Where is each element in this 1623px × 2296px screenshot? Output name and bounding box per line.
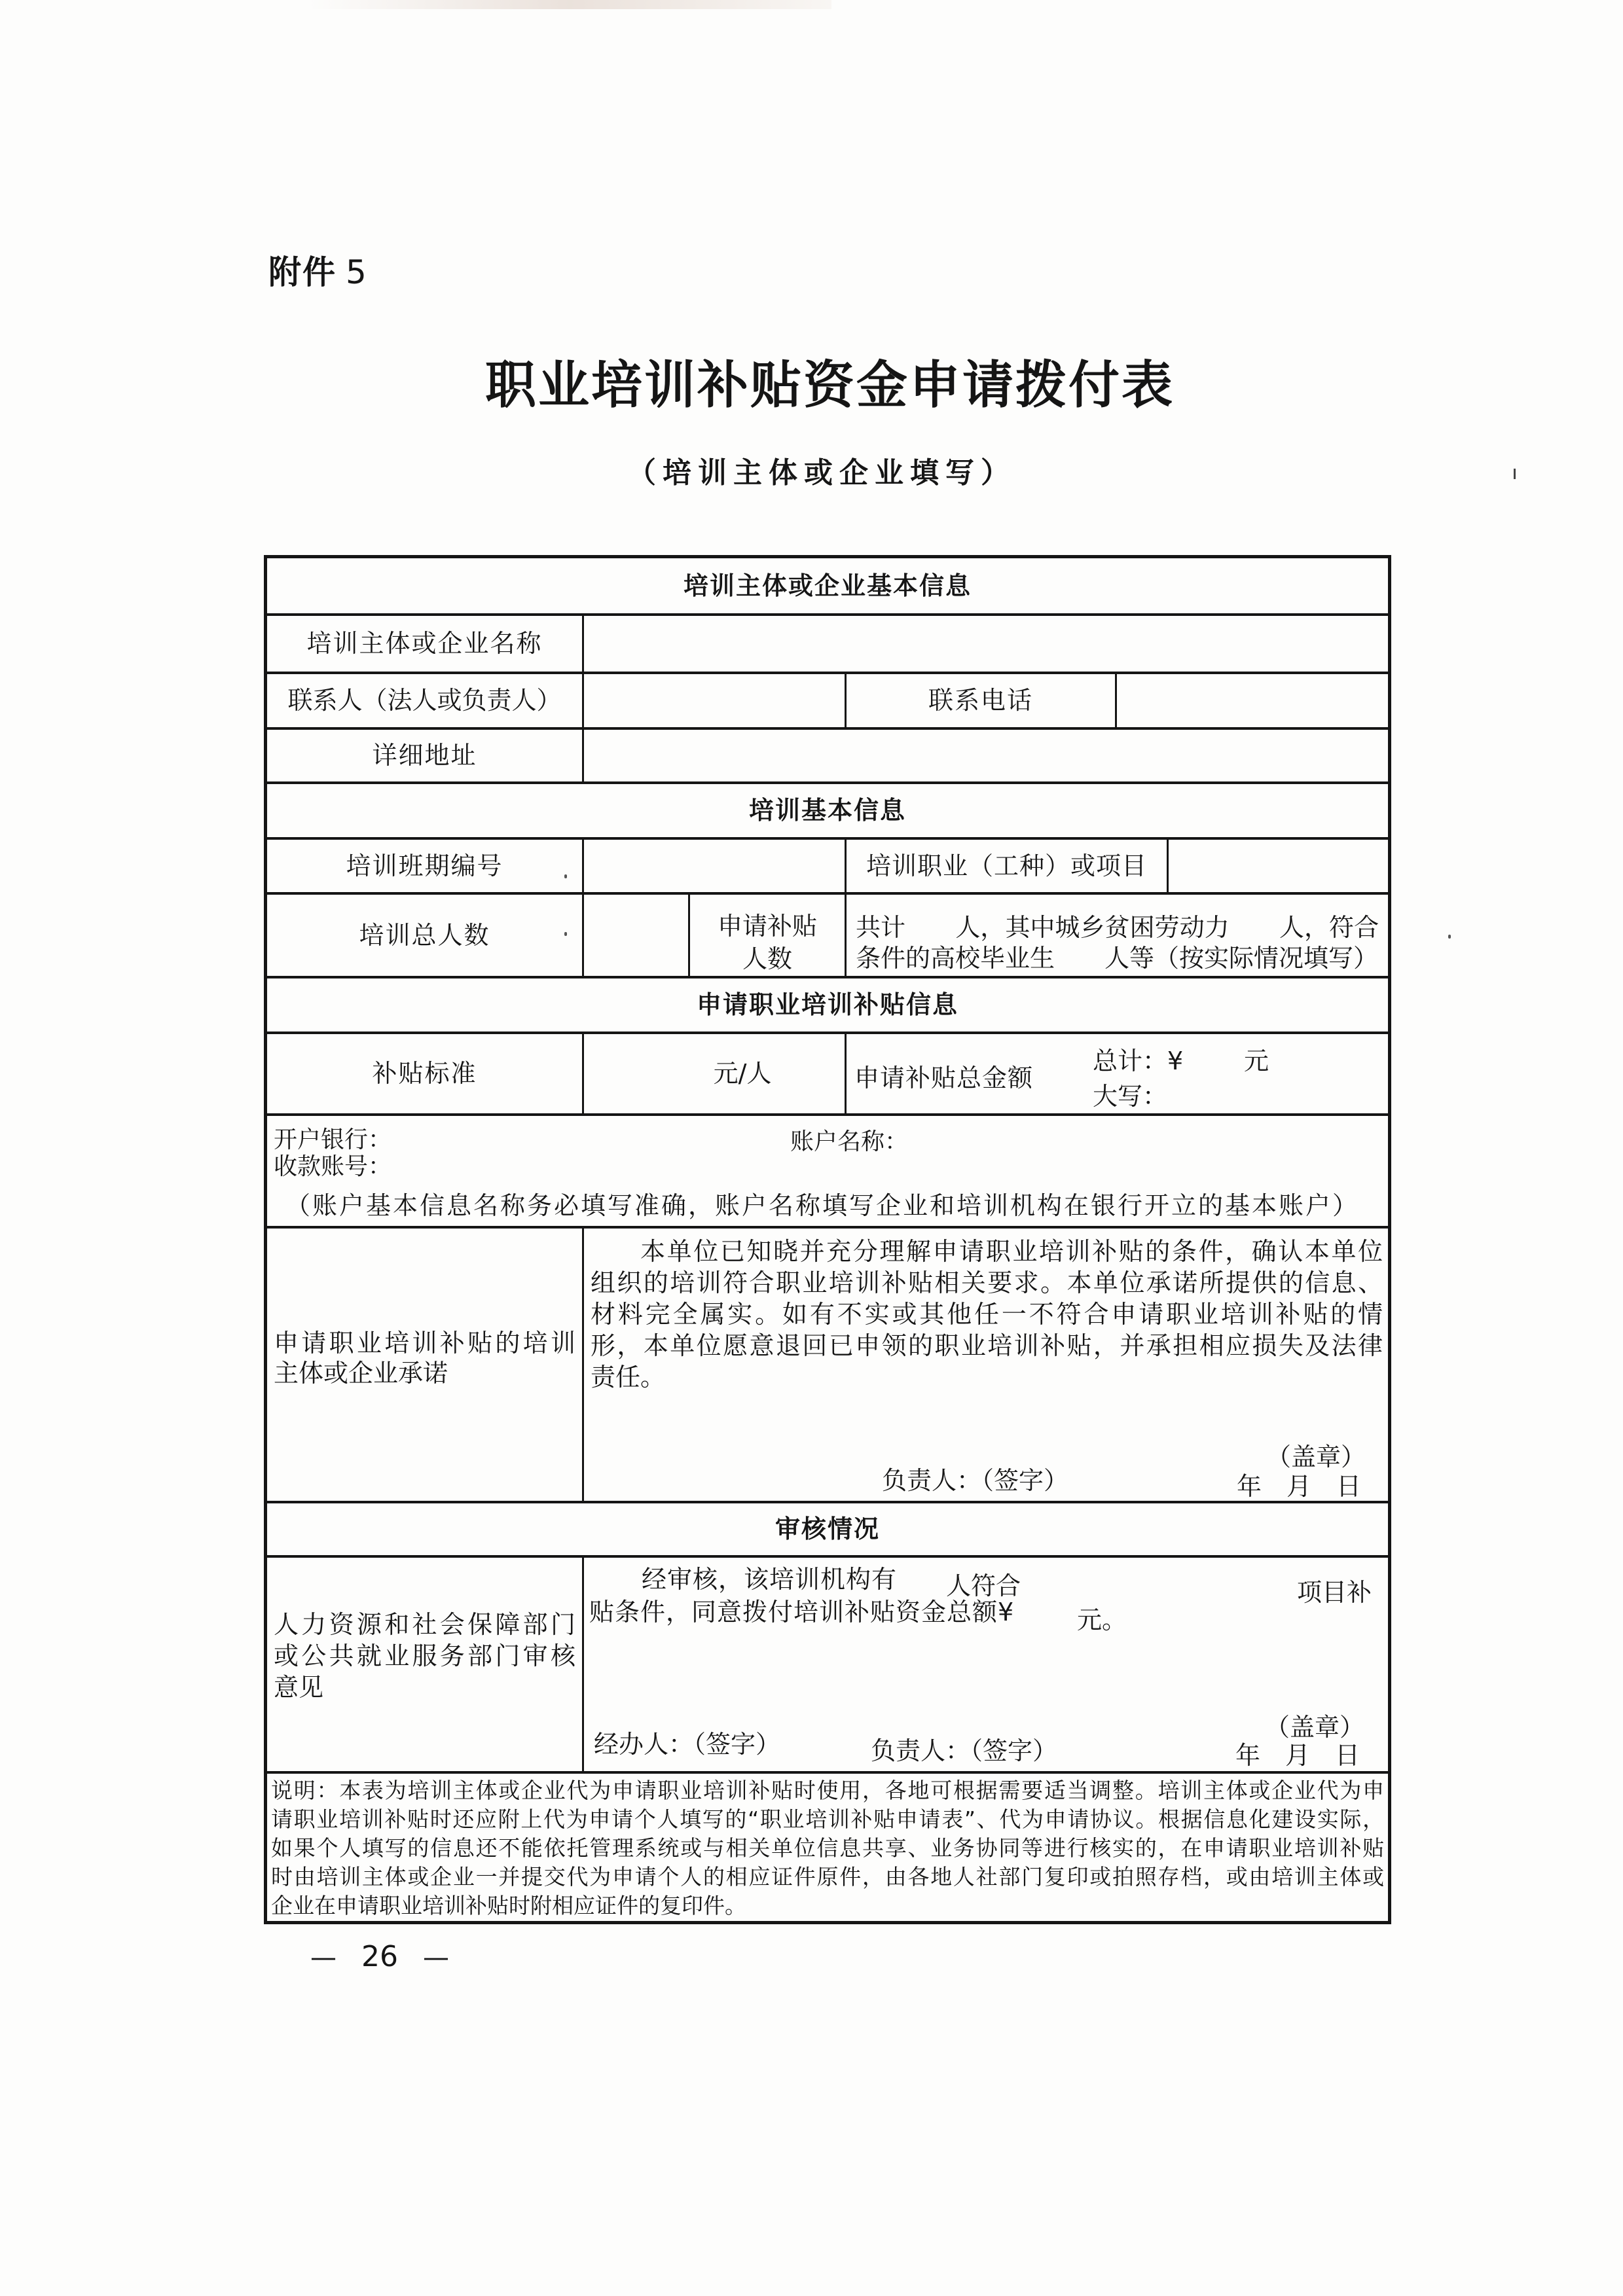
notes-cell: 说明：本表为培训主体或企业代为申请职业培训补贴时使用，各地可根据需要适当调整。培… — [266, 1772, 1390, 1923]
phone-field[interactable] — [1116, 673, 1390, 728]
contact-person-field[interactable] — [583, 673, 846, 728]
commitment-label-line: 主体或企业承诺 — [274, 1358, 575, 1388]
bank-note: （账户基本信息名称务必填写准确，账户名称填写企业和培训机构在银行开立的基本账户） — [285, 1191, 1359, 1221]
page-number: —26— — [298, 1939, 462, 1976]
bank-label: 开户银行： — [274, 1125, 392, 1155]
review-line1-end: 项目补 — [1297, 1577, 1372, 1607]
account-name-label: 账户名称： — [790, 1127, 908, 1157]
review-label-line: 或公共就业服务部门审核 — [274, 1640, 575, 1672]
review-label: 人力资源和社会保障部门 或公共就业服务部门审核 意见 — [274, 1609, 575, 1703]
review-line1-start: 经审核，该培训机构有 — [642, 1564, 897, 1594]
notes-text: 说明：本表为培训主体或企业代为申请职业培训补贴时使用，各地可根据需要适当调整。培… — [271, 1776, 1384, 1920]
commitment-label-line: 申请职业培训补贴的培训 — [274, 1328, 575, 1358]
applicants-text-line: 条件的高校毕业生 人等（按实际情况填写） — [856, 943, 1379, 974]
section-heading-subsidy-info: 申请职业培训补贴信息 — [266, 977, 1390, 1033]
commitment-signature[interactable]: 负责人：（签字） — [882, 1465, 1068, 1496]
review-label-line: 人力资源和社会保障部门 — [274, 1609, 575, 1640]
subsidy-application-form: 培训主体或企业基本信息 培训主体或企业名称 联系人（法人或负责人） 联系电话 详… — [264, 555, 1391, 1924]
address-field[interactable] — [583, 728, 1390, 783]
review-line2-start: 贴条件，同意拨付培训补贴资金总额¥ — [589, 1597, 1014, 1627]
subsidy-standard-unit: 元/人 — [714, 1059, 772, 1088]
commitment-label: 申请职业培训补贴的培训 主体或企业承诺 — [274, 1328, 575, 1388]
applicants-label: 申请补贴 人数 — [690, 910, 845, 975]
applicants-label-cell: 申请补贴 人数 — [689, 893, 846, 977]
applicants-text-line: 共计 人，其中城乡贫困劳动力 人，符合 — [856, 912, 1379, 943]
page-title: 职业培训补贴资金申请拨付表 — [476, 355, 1184, 416]
scan-speck — [1514, 469, 1516, 479]
occupation-field[interactable] — [1168, 838, 1390, 893]
commitment-cell: 本单位已知晓并充分理解申请职业培训补贴的条件，确认本单位 组织的培训符合职业培训… — [583, 1227, 1390, 1502]
address-label: 详细地址 — [266, 728, 583, 783]
org-name-field[interactable] — [583, 615, 1390, 673]
applicants-breakdown-field[interactable]: 共计 人，其中城乡贫困劳动力 人，符合 条件的高校毕业生 人等（按实际情况填写） — [846, 893, 1390, 977]
notes-line: 如果个人填写的信息还不能依托管理系统或与相关单位信息共享、业务协同等进行核实的，… — [271, 1834, 1384, 1863]
total-trainees-label: 培训总人数 — [266, 893, 583, 977]
attachment-text: 附件 — [268, 253, 337, 291]
commitment-text: 本单位已知晓并充分理解申请职业培训补贴的条件，确认本单位 组织的培训符合职业培训… — [591, 1236, 1383, 1393]
review-label-cell: 人力资源和社会保障部门 或公共就业服务部门审核 意见 — [266, 1556, 583, 1772]
bleed-through-mark — [308, 0, 831, 9]
total-amount-field[interactable]: 申请补贴总金额 总计：¥ 元 大写： — [846, 1033, 1390, 1115]
subsidy-standard-label: 补贴标准 — [266, 1033, 583, 1115]
review-seal[interactable]: （盖章） — [1265, 1712, 1364, 1742]
bank-account-field[interactable]: 开户银行： 账户名称： 收款账号： （账户基本信息名称务必填写准确，账户名称填写… — [266, 1115, 1390, 1227]
applicants-breakdown-text: 共计 人，其中城乡贫困劳动力 人，符合 条件的高校毕业生 人等（按实际情况填写） — [856, 912, 1379, 974]
commitment-date[interactable]: 年 月 日 — [1237, 1473, 1361, 1499]
commitment-label-cell: 申请职业培训补贴的培训 主体或企业承诺 — [266, 1227, 583, 1502]
page-number-dash: — — [310, 1939, 337, 1976]
review-line2-end: 元。 — [1077, 1605, 1127, 1635]
applicants-label-line: 人数 — [690, 942, 845, 975]
commitment-seal[interactable]: （盖章） — [1266, 1442, 1366, 1472]
section-heading-basic-info: 培训主体或企业基本信息 — [266, 557, 1390, 615]
commitment-line: 责任。 — [591, 1361, 1383, 1393]
commitment-line: 材料完全属实。如有不实或其他任一不符合申请职业培训补贴的情 — [591, 1299, 1383, 1330]
total-amount-label: 申请补贴总金额 — [854, 1063, 1033, 1093]
applicants-label-line: 申请补贴 — [690, 910, 845, 942]
notes-line: 时由培训主体或企业一并提交代为申请个人的相应证件原件，由各地人社部门复印或拍照存… — [271, 1863, 1384, 1892]
attachment-label: 附件5 — [268, 253, 367, 292]
total-unit: 元 — [1244, 1046, 1269, 1076]
page-number-value: 26 — [361, 1939, 398, 1975]
total-trainees-field[interactable] — [583, 893, 689, 977]
commitment-line: 组织的培训符合职业培训补贴相关要求。本单位承诺所提供的信息、 — [591, 1267, 1383, 1299]
page-subtitle: （培训主体或企业填写） — [615, 455, 1028, 492]
section-heading-review: 审核情况 — [266, 1502, 1390, 1556]
scan-speck — [1448, 935, 1451, 939]
uppercase-amount-label: 大写： — [1093, 1081, 1167, 1111]
section-heading-training-info: 培训基本信息 — [266, 783, 1390, 838]
review-handler-signature[interactable]: 经办人：（签字） — [594, 1729, 780, 1759]
subsidy-standard-field[interactable]: 元/人 — [583, 1033, 846, 1115]
review-signer-signature[interactable]: 负责人：（签字） — [871, 1736, 1057, 1766]
notes-line: 企业在申请职业培训补贴时附相应证件的复印件。 — [271, 1892, 1384, 1920]
review-opinion-cell[interactable]: 经审核，该培训机构有 人符合 项目补 贴条件，同意拨付培训补贴资金总额¥ 元。 … — [583, 1556, 1390, 1772]
occupation-label: 培训职业（工种）或项目 — [846, 838, 1168, 893]
class-number-label: 培训班期编号 — [266, 838, 583, 893]
notes-line: 说明：本表为培训主体或企业代为申请职业培训补贴时使用，各地可根据需要适当调整。培… — [271, 1776, 1384, 1805]
contact-person-label: 联系人（法人或负责人） — [266, 673, 583, 728]
attachment-number: 5 — [346, 253, 367, 291]
page-number-dash: — — [423, 1939, 449, 1976]
org-name-label: 培训主体或企业名称 — [266, 615, 583, 673]
commitment-line: 本单位已知晓并充分理解申请职业培训补贴的条件，确认本单位 — [591, 1236, 1383, 1267]
phone-label: 联系电话 — [846, 673, 1116, 728]
notes-line: 请职业培训补贴时还应附上代为申请个人填写的“职业培训补贴申请表”、代为申请协议。… — [271, 1805, 1384, 1834]
review-date[interactable]: 年 月 日 — [1235, 1742, 1360, 1768]
review-label-line: 意见 — [274, 1672, 575, 1703]
commitment-line: 形，本单位愿意退回已申领的职业培训补贴，并承担相应损失及法律 — [591, 1330, 1383, 1361]
class-number-field[interactable] — [583, 838, 846, 893]
total-prefix: 总计：¥ — [1093, 1046, 1183, 1076]
account-number-label: 收款账号： — [274, 1152, 392, 1182]
